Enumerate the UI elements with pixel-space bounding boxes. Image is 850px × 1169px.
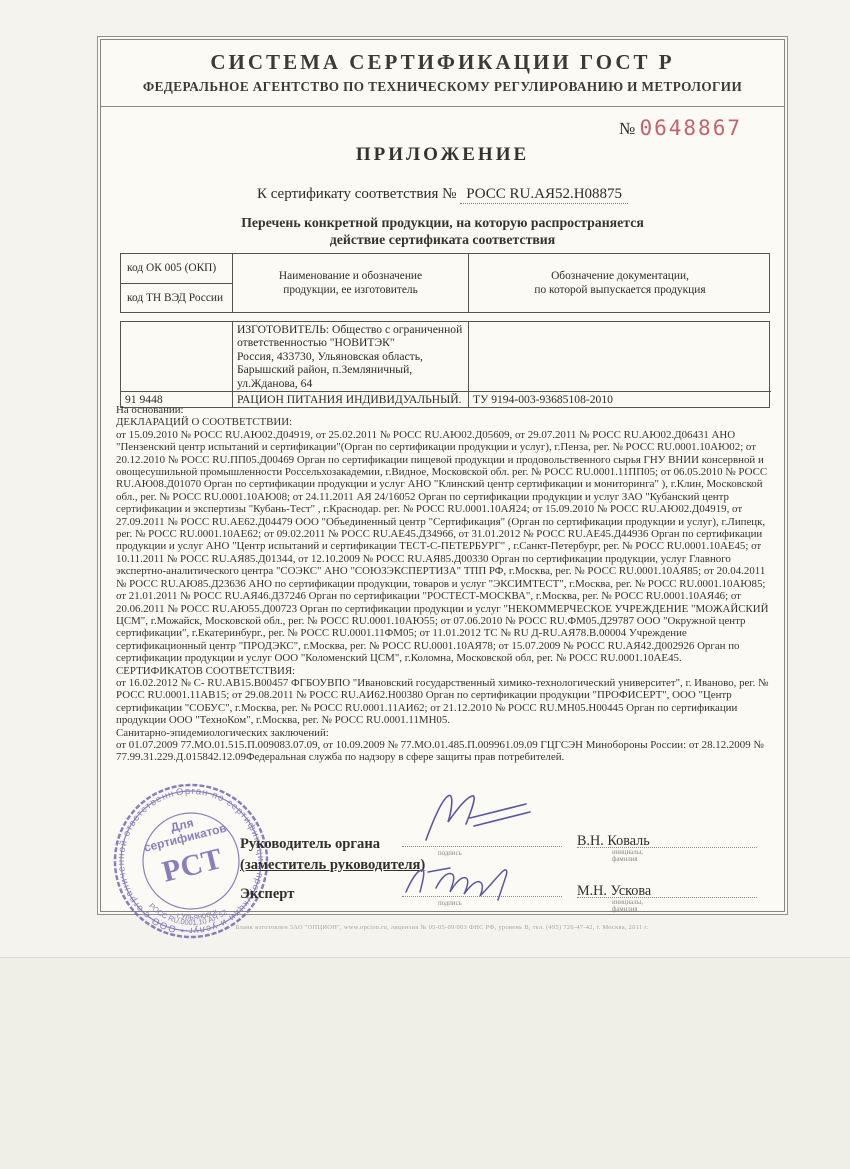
head-of-body-label: Руководитель органа	[240, 836, 380, 853]
appendix-title: ПРИЛОЖЕНИЕ	[101, 144, 784, 166]
doc-header-line1: Обозначение документации,	[551, 269, 689, 283]
certificate-number: РОСС RU.АЯ52.Н08875	[460, 186, 628, 204]
expert-label: Эксперт	[240, 886, 294, 903]
manufacturer-cell: ИЗГОТОВИТЕЛЬ: Общество с ограниченной от…	[233, 322, 469, 391]
product-header-line1: Наименование и обозначение	[279, 269, 422, 283]
sanitary-text: от 01.07.2009 77.МО.01.515.П.009083.07.0…	[116, 739, 772, 764]
name-caption-2: инициалы, фамилия	[612, 899, 643, 913]
legal-basis-block: На основании: ДЕКЛАРАЦИЙ О СООТВЕТСТВИИ:…	[116, 404, 772, 764]
name-line-1	[577, 847, 757, 848]
manufacturer-line: ИЗГОТОВИТЕЛЬ: Общество с ограниченной	[237, 323, 464, 336]
serial-prefix: №	[619, 119, 635, 138]
manufacturer-line: ответственностью "НОВИТЭК"	[237, 336, 464, 349]
certificates-title: СЕРТИФИКАТОВ СООТВЕТСТВИЯ:	[116, 665, 772, 677]
svg-text:РСТ: РСТ	[159, 842, 226, 889]
system-title: СИСТЕМА СЕРТИФИКАЦИИ ГОСТ Р	[101, 50, 784, 75]
scope-statement: Перечень конкретной продукции, на котору…	[101, 214, 784, 248]
name-line-2	[577, 897, 757, 898]
tnved-code-label: код ТН ВЭД России	[121, 284, 232, 313]
name-caption-1: инициалы, фамилия	[612, 849, 643, 863]
product-column-header: Наименование и обозначение продукции, ее…	[233, 254, 469, 312]
signature-caption-1: подпись	[438, 850, 462, 857]
product-table-body: ИЗГОТОВИТЕЛЬ: Общество с ограниченной от…	[120, 321, 770, 408]
scan-background	[0, 957, 850, 1169]
serial-number-row: № 0648867	[619, 116, 742, 140]
head-signature-ink	[408, 788, 568, 848]
scope-line-1: Перечень конкретной продукции, на котору…	[101, 214, 784, 231]
product-header-line2: продукции, ее изготовитель	[283, 283, 418, 297]
declarations-title: ДЕКЛАРАЦИЙ О СООТВЕТСТВИИ:	[116, 416, 772, 428]
serial-number: 0648867	[639, 116, 742, 140]
scope-line-2: действие сертификата соответствия	[101, 231, 784, 248]
blank-maker-fine-print: Бланк изготовлен ЗАО "ОПЦИОН", www.opcio…	[97, 924, 787, 931]
manufacturer-line: Россия, 433730, Ульяновская область,	[237, 350, 464, 363]
expert-signature-ink	[398, 858, 578, 904]
certificate-reference: К сертификату соответствия № РОСС RU.АЯ5…	[101, 186, 784, 203]
manufacturer-line: Барышский район, п.Земляничный,	[237, 363, 464, 376]
sanitary-title: Санитарно-эпидемиологических заключений:	[116, 727, 772, 739]
agency-subtitle: ФЕДЕРАЛЬНОЕ АГЕНТСТВО ПО ТЕХНИЧЕСКОМУ РЕ…	[101, 79, 784, 95]
documentation-column-header: Обозначение документации, по которой вып…	[469, 254, 771, 312]
code-cell-empty	[121, 322, 233, 391]
product-table-header: код ОК 005 (ОКП) код ТН ВЭД России Наиме…	[120, 253, 770, 313]
doc-cell-empty	[469, 322, 771, 391]
declarations-text: от 15.09.2010 № РОСС RU.АЮ02.Д04919, от …	[116, 429, 772, 665]
certificate-header: СИСТЕМА СЕРТИФИКАЦИИ ГОСТ Р ФЕДЕРАЛЬНОЕ …	[101, 40, 784, 107]
manufacturer-line: ул.Жданова, 64	[237, 377, 464, 390]
okp-code-label: код ОК 005 (ОКП)	[121, 254, 232, 284]
code-column-header: код ОК 005 (ОКП) код ТН ВЭД России	[121, 254, 233, 312]
doc-header-line2: по которой выпускается продукция	[534, 283, 705, 297]
certificate-reference-label: К сертификату соответствия №	[257, 186, 457, 202]
basis-label: На основании:	[116, 404, 772, 416]
certificates-text: от 16.02.2012 № С- RU.АВ15.В00457 ФГБОУВ…	[116, 677, 772, 727]
